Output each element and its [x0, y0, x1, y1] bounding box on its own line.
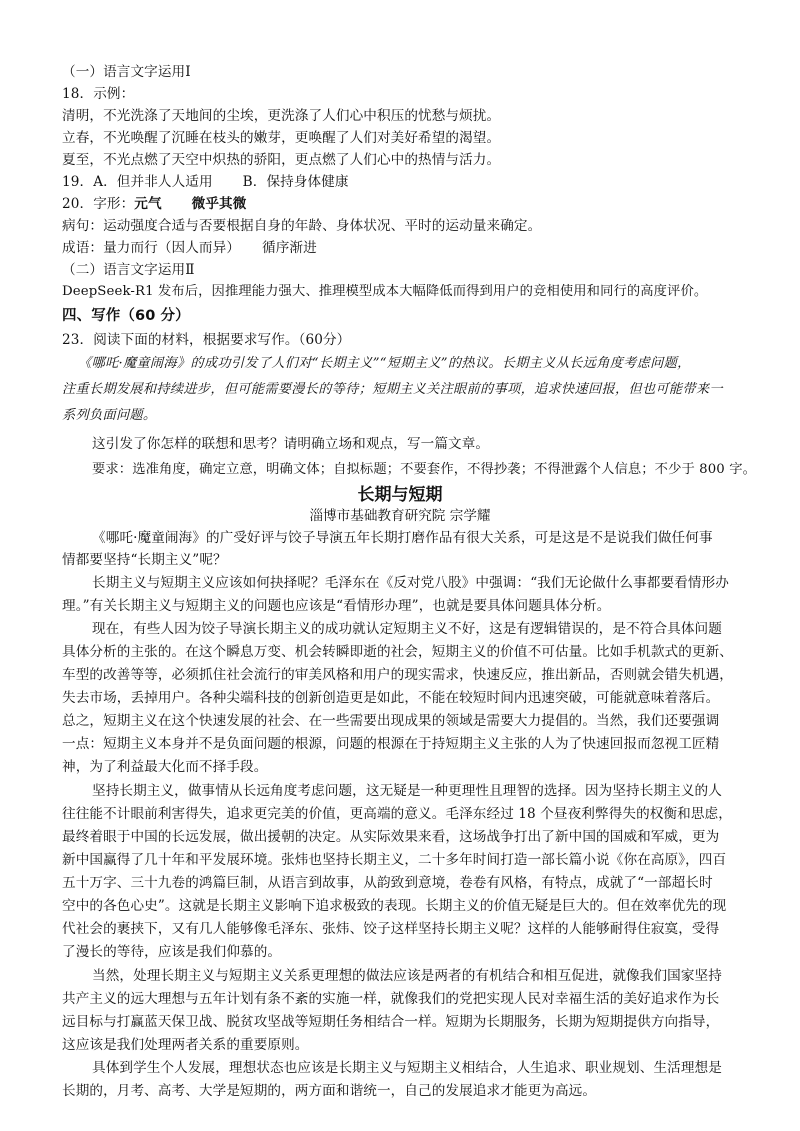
essay-line: 坚持长期主义，做事情从长远角度考虑问题，这无疑是一种更理性且理智的选择。因为坚持… — [92, 781, 722, 801]
q20-chengyu-1: 成语：量力而行（因人而异） — [62, 240, 240, 256]
essay-line: 五十万字、三十九卷的鸿篇巨制，从语言到故事，从韵致到意境，卷卷有风格，有特点，成… — [62, 873, 713, 893]
essay-line: 远目标与打赢蓝天保卫战、脱贫攻坚战等短期任务相结合一样。短期为长期服务，长期为短… — [62, 1012, 719, 1032]
q19-option-b: B．保持身体健康 — [243, 174, 349, 190]
essay-line: 具体分析的主张的。在这个瞬息万变、机会转瞬即逝的社会，短期主义的价值不可估量。比… — [62, 642, 733, 662]
essay-line: 这应该是我们处理两者关系的重要原则。 — [62, 1035, 309, 1055]
essay-line: 了漫长的等待，应该是我们仰慕的。 — [62, 942, 281, 962]
essay-line: 情都要坚持“长期主义”呢？ — [62, 550, 227, 570]
essay-title: 长期与短期 — [0, 484, 800, 506]
q18-label: 18．示例： — [62, 84, 134, 104]
section2-answer: DeepSeek-R1 发布后，因推理能力强大、推理模型成本大幅降低而得到用户的… — [62, 282, 707, 302]
q20-bingju: 病句：运动强度合适与否要根据自身的年龄、身体状况、平时的运动量来确定。 — [62, 216, 541, 236]
essay-line: 《哪吒·魔童闹海》的广受好评与饺子导演五年长期打磨作品有很大关系，可是这是不是说… — [92, 528, 713, 548]
q19-answer: 19．A．但并非人人适用B．保持身体健康 — [62, 172, 349, 192]
essay-line: 最终着眼于中国的长远发展，做出援朝的决定。从实际效果来看，这场战争打出了新中国的… — [62, 827, 719, 847]
q20-chengyu-2: 循序渐进 — [262, 240, 317, 256]
essay-line: 新中国赢得了几十年和平发展环境。张炜也坚持长期主义，二十多年时间打造一部长篇小说… — [62, 850, 726, 870]
q20-label: 20．字形： — [62, 196, 134, 212]
q20-chengyu: 成语：量力而行（因人而异）循序渐进 — [62, 238, 317, 258]
essay-line: 神，为了利益最大化而不择手段。 — [62, 757, 267, 777]
material-line: 《哪吒·魔童闹海》的成功引发了人们对“长期主义”“短期主义”的热议。长期主义从长… — [78, 354, 691, 374]
essay-line: 理。”有关长期主义与短期主义的问题也应该是“看情形办理”，也就是要具体问题具体分… — [62, 596, 610, 616]
q20-zixing: 20．字形：元气微乎其微 — [62, 194, 246, 214]
q18-example-line: 清明，不光洗涤了天地间的尘埃，更洗涤了人们心中积压的忧愁与烦扰。 — [62, 106, 500, 126]
essay-line: 长期主义与短期主义应该如何抉择呢？毛泽东在《反对党八股》中强调：“我们无论做什么… — [92, 573, 729, 593]
q23-prompt: 23．阅读下面的材料，根据要求写作。（60分） — [62, 330, 350, 350]
essay-line: 现在，有些人因为饺子导演长期主义的成功就认定短期主义不好，这是有逻辑错误的，是不… — [92, 619, 722, 639]
essay-line: 当然，处理长期主义与短期主义关系更理想的做法应该是两者的有机结合和相互促进，就像… — [92, 966, 722, 986]
q19-option-a: 19．A．但并非人人适用 — [62, 174, 213, 190]
material-line: 注重长期发展和持续进步，但可能需要漫长的等待；短期主义关注眼前的事项，追求快速回… — [62, 380, 723, 400]
q20-zixing-2: 微乎其微 — [192, 196, 247, 212]
essay-line: 车型的改善等等，必须抓住社会流行的审美风格和用户的现实需求，快速反应，推出新品，… — [62, 665, 733, 685]
material-line: 系列负面问题。 — [62, 406, 156, 426]
essay-line: 往往能不计眼前利害得失，追求更完美的价值，更高端的意义。毛泽东经过 18 个昼夜… — [62, 804, 732, 824]
document-page: （一）语言文字运用Ⅰ 18．示例： 清明，不光洗涤了天地间的尘埃，更洗涤了人们心… — [0, 0, 800, 1131]
q20-zixing-1: 元气 — [134, 196, 161, 212]
writing-requirements: 要求：选准角度，确定立意，明确文体；自拟标题；不要套作，不得抄袭；不得泄露个人信… — [92, 460, 756, 480]
essay-line: 代社会的裹挟下，又有几人能够像毛泽东、张炜、饺子这样坚持长期主义呢？这样的人能够… — [62, 919, 719, 939]
q18-example-line: 夏至，不光点燃了天空中炽热的骄阳，更点燃了人们心中的热情与活力。 — [62, 150, 500, 170]
essay-line: 总之，短期主义在这个快速发展的社会、在一些需要出现成果的领域是需要大力提倡的。当… — [62, 711, 719, 731]
section-heading-language-use-1: （一）语言文字运用Ⅰ — [62, 62, 191, 82]
essay-author: 淄博市基础教育研究院 宗学耀 — [0, 506, 800, 526]
essay-line: 共产主义的远大理想与五年计划有条不紊的实施一样，就像我们的党把实现人民对幸福生活… — [62, 989, 719, 1009]
section-heading-language-use-2: （二）语言文字运用Ⅱ — [62, 260, 195, 280]
writing-heading: 四、写作（60 分） — [62, 306, 190, 326]
essay-line: 一点：短期主义本身并不是负面问题的根源，问题的根源在于持短期主义主张的人为了快速… — [62, 734, 719, 754]
writing-question: 这引发了你怎样的联想和思考？请明确立场和观点，写一篇文章。 — [92, 434, 489, 454]
essay-line: 失去市场，丢掉用户。各种尖端科技的创新创造更是如此，不能在较短时间内迅速突破，可… — [62, 688, 719, 708]
essay-line: 长期的，月考、高考、大学是短期的，两方面和谐统一，自己的发展追求才能更为高远。 — [62, 1081, 596, 1101]
essay-line: 具体到学生个人发展，理想状态也应该是长期主义与短期主义相结合，人生追求、职业规划… — [92, 1058, 722, 1078]
essay-line: 空中的各色心史”。这就是长期主义影响下追求极致的表现。长期主义的价值无疑是巨大的… — [62, 896, 726, 916]
q18-example-line: 立春，不光唤醒了沉睡在枝头的嫩芽，更唤醒了人们对美好希望的渴望。 — [62, 128, 500, 148]
